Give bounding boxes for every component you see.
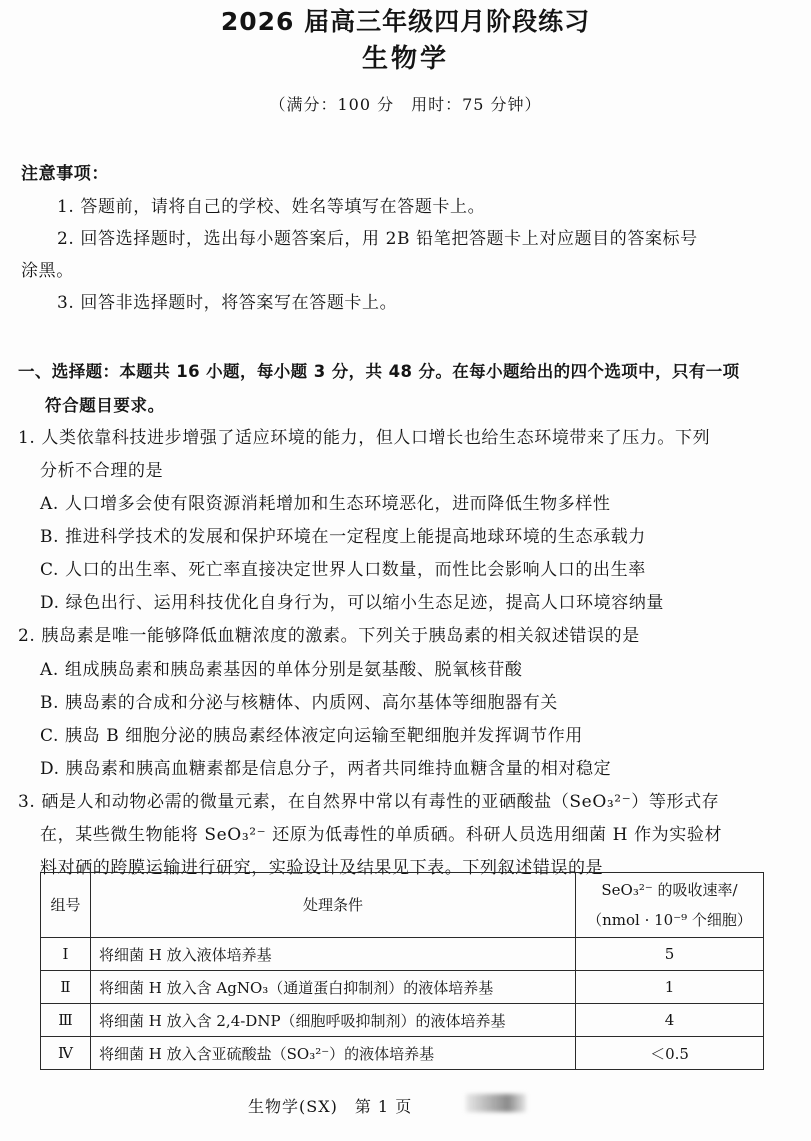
q2-option-c: C. 胰岛 B 细胞分泌的胰岛素经体液定向运输至靶细胞并发挥调节作用 xyxy=(40,721,583,746)
row-group: Ⅲ xyxy=(41,1004,91,1037)
table-row: Ⅱ 将细菌 H 放入含 AgNO₃（通道蛋白抑制剂）的液体培养基 1 xyxy=(41,971,764,1004)
row-rate: 1 xyxy=(576,971,764,1004)
notice-item-1: 1. 答题前，请将自己的学校、姓名等填写在答题卡上。 xyxy=(57,192,485,217)
row-rate: 4 xyxy=(576,1004,764,1037)
q1-option-c: C. 人口的出生率、死亡率直接决定世界人口数量，而性比会影响人口的出生率 xyxy=(40,555,646,580)
table-row: Ⅲ 将细菌 H 放入含 2,4-DNP（细胞呼吸抑制剂）的液体培养基 4 xyxy=(41,1004,764,1037)
header-group: 组号 xyxy=(41,873,91,938)
notice-item-2: 2. 回答选择题时，选出每小题答案后，用 2B 铅笔把答题卡上对应题目的答案标号 xyxy=(57,224,698,249)
row-group: Ⅰ xyxy=(41,938,91,971)
row-condition: 将细菌 H 放入含亚硫酸盐（SO₃²⁻）的液体培养基 xyxy=(91,1037,576,1070)
q2-option-a: A. 组成胰岛素和胰岛素基因的单体分别是氨基酸、脱氧核苷酸 xyxy=(40,655,522,680)
exam-title: 2026 届高三年级四月阶段练习 xyxy=(0,2,811,38)
header-rate: SeO₃²⁻ 的吸收速率/ （nmol · 10⁻⁹ 个细胞） xyxy=(576,873,764,938)
row-condition: 将细菌 H 放入含 2,4-DNP（细胞呼吸抑制剂）的液体培养基 xyxy=(91,1004,576,1037)
row-rate: 5 xyxy=(576,938,764,971)
q1-option-d: D. 绿色出行、运用科技优化自身行为，可以缩小生态足迹，提高人口环境容纳量 xyxy=(40,588,664,613)
header-condition: 处理条件 xyxy=(91,873,576,938)
notice-heading: 注意事项： xyxy=(21,159,109,184)
q1-option-a: A. 人口增多会使有限资源消耗增加和生态环境恶化，进而降低生物多样性 xyxy=(40,489,610,514)
notice-item-2-cont: 涂黑。 xyxy=(21,256,74,281)
header-rate-line1: SeO₃²⁻ 的吸收速率/ xyxy=(584,875,755,905)
header-rate-line2: （nmol · 10⁻⁹ 个细胞） xyxy=(584,905,755,935)
section-heading-cont: 符合题目要求。 xyxy=(45,392,165,416)
q2-stem: 2. 胰岛素是唯一能够降低血糖浓度的激素。下列关于胰岛素的相关叙述错误的是 xyxy=(18,621,640,646)
table-row: Ⅰ 将细菌 H 放入液体培养基 5 xyxy=(41,938,764,971)
notice-item-3: 3. 回答非选择题时，将答案写在答题卡上。 xyxy=(57,288,397,313)
table-header-row: 组号 处理条件 SeO₃²⁻ 的吸收速率/ （nmol · 10⁻⁹ 个细胞） xyxy=(41,873,764,938)
subject-title: 生物学 xyxy=(0,38,811,75)
q1-stem-line1: 1. 人类依靠科技进步增强了适应环境的能力，但人口增长也给生态环境带来了压力。下… xyxy=(18,423,710,448)
q1-option-b: B. 推进科学技术的发展和保护环境在一定程度上能提高地球环境的生态承载力 xyxy=(40,522,646,547)
table-row: Ⅳ 将细菌 H 放入含亚硫酸盐（SO₃²⁻）的液体培养基 ＜0.5 xyxy=(41,1037,764,1070)
row-condition: 将细菌 H 放入液体培养基 xyxy=(91,938,576,971)
row-condition: 将细菌 H 放入含 AgNO₃（通道蛋白抑制剂）的液体培养基 xyxy=(91,971,576,1004)
row-group: Ⅱ xyxy=(41,971,91,1004)
q2-option-b: B. 胰岛素的合成和分泌与核糖体、内质网、高尔基体等细胞器有关 xyxy=(40,688,558,713)
row-group: Ⅳ xyxy=(41,1037,91,1070)
page-footer: 生物学(SX) 第 1 页 xyxy=(248,1094,412,1117)
exam-info: （满分：100 分 用时：75 分钟） xyxy=(0,92,811,115)
scan-smudge xyxy=(466,1094,526,1112)
q1-stem-line2: 分析不合理的是 xyxy=(40,456,163,481)
section-heading: 一、选择题：本题共 16 小题，每小题 3 分，共 48 分。在每小题给出的四个… xyxy=(18,358,740,382)
q2-option-d: D. 胰岛素和胰高血糖素都是信息分子，两者共同维持血糖含量的相对稳定 xyxy=(40,754,611,779)
experiment-table: 组号 处理条件 SeO₃²⁻ 的吸收速率/ （nmol · 10⁻⁹ 个细胞） … xyxy=(40,872,764,1070)
q3-stem-line1: 3. 硒是人和动物必需的微量元素，在自然界中常以有毒性的亚硒酸盐（SeO₃²⁻）… xyxy=(18,787,719,812)
q3-stem-line2: 在，某些微生物能将 SeO₃²⁻ 还原为低毒性的单质硒。科研人员选用细菌 H 作… xyxy=(40,820,722,845)
row-rate: ＜0.5 xyxy=(576,1037,764,1070)
